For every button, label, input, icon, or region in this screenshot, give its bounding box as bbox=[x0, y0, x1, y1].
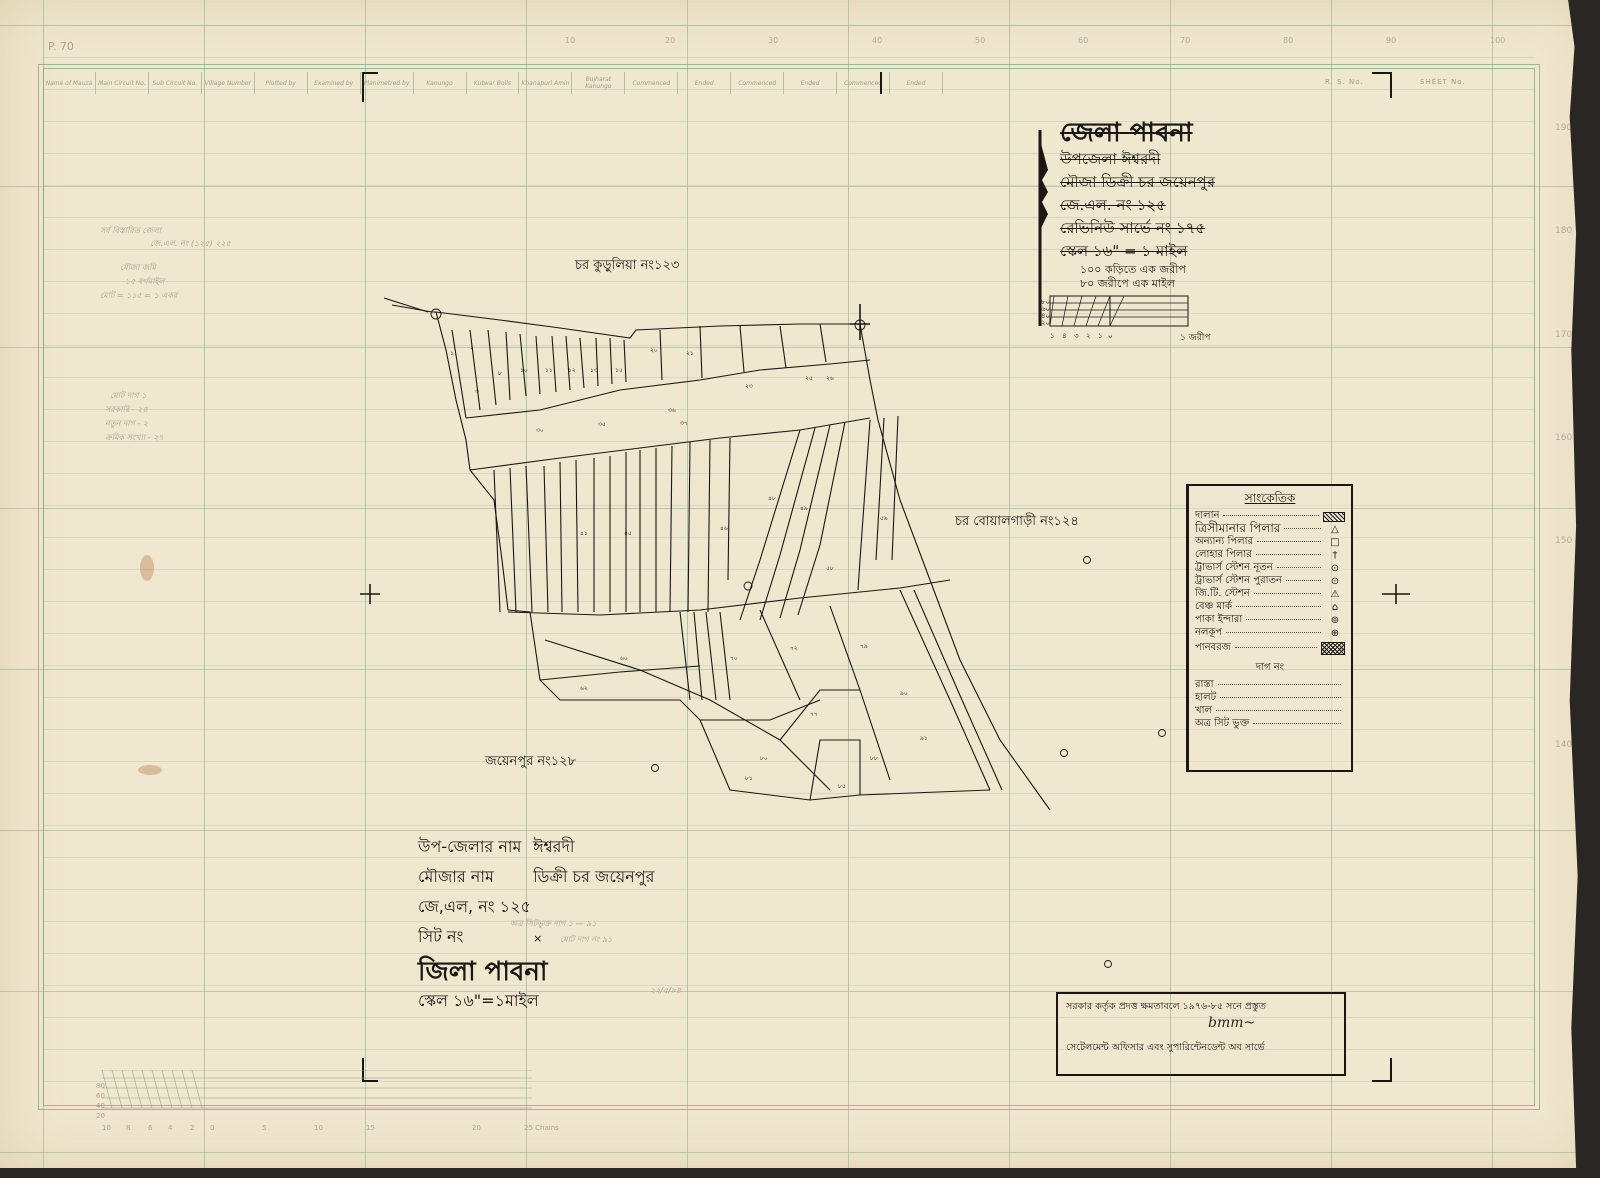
legend-item: নলকূপ ⊕ bbox=[1189, 627, 1351, 640]
svg-text:৮: ৮ bbox=[498, 370, 502, 377]
svg-text:২০: ২০ bbox=[650, 347, 658, 354]
scale-label: ২ bbox=[1086, 330, 1091, 342]
header-cell: Khanapuri Amin bbox=[519, 72, 572, 94]
bottom-scale-label: 20 bbox=[472, 1124, 481, 1132]
signature: bmm~ bbox=[1058, 1015, 1344, 1031]
svg-text:৪৫: ৪৫ bbox=[624, 530, 632, 537]
pencil-note: ১৫ বর্গমাইল bbox=[125, 276, 165, 289]
info-label: উপ-জেলার নাম bbox=[418, 832, 528, 862]
svg-text:৮১: ৮১ bbox=[745, 775, 753, 782]
scale-label: ২০ bbox=[1041, 317, 1050, 329]
ruler-tick: 180 bbox=[1555, 226, 1572, 236]
bottom-scale-label: 40 bbox=[96, 1102, 105, 1110]
header-cell: Name of Mauza bbox=[43, 72, 96, 94]
title-block: জেলা পাবনা উপজেলা ঈশ্বরদী মৌজা ডিক্রী চর… bbox=[1060, 118, 1320, 291]
header-cell: Main Circuit No. bbox=[96, 72, 149, 94]
bottom-scale-label: 6 bbox=[148, 1124, 152, 1132]
bottom-scale-label: 8 bbox=[126, 1124, 130, 1132]
header-cell: Ended bbox=[890, 72, 943, 94]
info-district: জিলা পাবনা bbox=[418, 954, 654, 990]
legend-title: সাংকেতিক bbox=[1189, 490, 1351, 510]
bottom-scale-label: 5 bbox=[262, 1124, 266, 1132]
header-cell: Kanungo bbox=[414, 72, 467, 94]
svg-text:১২: ১২ bbox=[568, 367, 576, 374]
title-district: জেলা পাবনা bbox=[1060, 118, 1320, 148]
scale-unit-label: ১ জরীপ bbox=[1180, 330, 1210, 345]
scale-label: ১ bbox=[1098, 330, 1103, 342]
svg-text:৯০: ৯০ bbox=[900, 690, 908, 697]
legend-box: সাংকেতিক দালান ত্রিসীমানার পিলার △ অন্যা… bbox=[1186, 484, 1353, 772]
info-scale: স্কেল ১৬"=১মাইল bbox=[418, 990, 654, 1012]
ruler-tick: 80 bbox=[1283, 36, 1293, 45]
ruler-tick: 50 bbox=[975, 36, 985, 45]
tri-junction-pillar-icon: △ bbox=[1325, 524, 1345, 535]
certificate-line-2: সেটেলমেন্ট অফিসার এবং সুপারিন্টেনডেন্ট অ… bbox=[1058, 1031, 1344, 1056]
pencil-note: ক্রমিক সংখ্যা - ২৭ bbox=[105, 432, 164, 445]
header-table: Name of Mauza Main Circuit No. Sub Circu… bbox=[43, 72, 943, 94]
bottom-scale-label: 60 bbox=[96, 1092, 105, 1100]
bottom-scale-label: 20 bbox=[96, 1112, 105, 1120]
svg-text:৮৮: ৮৮ bbox=[870, 755, 878, 762]
info-value: ডিক্রী চর জয়েনপুর bbox=[533, 867, 654, 886]
info-label: মৌজার নাম bbox=[418, 862, 528, 892]
bottom-scale-label: 80 bbox=[96, 1082, 105, 1090]
header-cell: Examined by bbox=[308, 72, 361, 94]
header-cell: Ended bbox=[678, 72, 731, 94]
svg-text:১৫: ১৫ bbox=[615, 367, 623, 374]
svg-text:৬২: ৬২ bbox=[580, 685, 588, 692]
svg-text:৩৬: ৩৬ bbox=[668, 407, 676, 414]
pencil-note: জে.এল. নং (১২৫) ২২৫ bbox=[150, 238, 231, 251]
scale-label: ০ bbox=[1108, 330, 1113, 342]
svg-text:৩৭: ৩৭ bbox=[680, 420, 688, 427]
pencil-note: নতুন দাগ - ২ bbox=[105, 418, 148, 431]
svg-text:৭৯: ৭৯ bbox=[860, 643, 868, 650]
building-hatch-icon bbox=[1323, 512, 1345, 522]
traverse-station-old-icon: ⊙ bbox=[1325, 576, 1345, 587]
tube-well-icon: ⊕ bbox=[1325, 628, 1345, 639]
svg-text:২: ২ bbox=[470, 345, 474, 352]
neighbor-east-label: চর বোয়ালগাড়ী নং১২৪ bbox=[955, 512, 1079, 533]
form-code: P. 70 bbox=[48, 40, 74, 53]
ruler-tick: 30 bbox=[768, 36, 778, 45]
svg-text:৪৬: ৪৬ bbox=[720, 525, 728, 532]
traverse-station-new-icon: ⊙ bbox=[1325, 563, 1345, 574]
svg-text:৫৯: ৫৯ bbox=[880, 515, 888, 522]
legend-item-label: অত্র সিট ভুক্ত bbox=[1195, 716, 1249, 733]
sheet-no-label: SHEET No. bbox=[1420, 78, 1466, 86]
ruler-tick: 190 bbox=[1555, 123, 1572, 133]
svg-text:৫৮: ৫৮ bbox=[826, 565, 834, 572]
header-cell: Commenced bbox=[625, 72, 678, 94]
certificate-line-1: সরকার কর্তৃক প্রদত্ত ক্ষমতাবলে ১৯৭৬-৮৫ স… bbox=[1058, 994, 1344, 1015]
title-upazila: উপজেলা ঈশ্বরদী bbox=[1060, 148, 1320, 171]
bottom-scale-label: 0 bbox=[210, 1124, 214, 1132]
registration-mark bbox=[362, 72, 378, 102]
svg-text:৭২: ৭২ bbox=[790, 645, 798, 652]
scan-background bbox=[0, 1168, 1600, 1178]
svg-text:২৬: ২৬ bbox=[826, 375, 834, 382]
legend-item-label: পানবরজ bbox=[1195, 640, 1231, 657]
ruler-tick: 160 bbox=[1555, 433, 1572, 443]
registration-mark bbox=[1372, 72, 1392, 98]
svg-text:২৫: ২৫ bbox=[805, 375, 813, 382]
title-note: ৮০ জরীপে এক মাইল bbox=[1060, 277, 1320, 291]
bottom-scale-label: 2 bbox=[190, 1124, 194, 1132]
svg-text:৮০: ৮০ bbox=[760, 755, 768, 762]
ruler-tick: 100 bbox=[1490, 36, 1505, 45]
svg-text:১০: ১০ bbox=[520, 367, 528, 374]
svg-text:৬০: ৬০ bbox=[620, 655, 628, 662]
svg-text:২৩: ২৩ bbox=[745, 383, 753, 390]
ruler-tick: 150 bbox=[1555, 536, 1572, 546]
svg-text:১৩: ১৩ bbox=[590, 367, 598, 374]
pucca-well-icon: ⊚ bbox=[1325, 615, 1345, 626]
info-value: ঈশ্বরদী bbox=[533, 837, 574, 856]
title-jl-no: জে.এল. নং ১২৫ bbox=[1060, 194, 1320, 217]
ruler-tick: 90 bbox=[1386, 36, 1396, 45]
legend-item: পানবরজ bbox=[1189, 640, 1351, 656]
neighbor-southwest-label: জয়েনপুর নং১২৮ bbox=[485, 752, 576, 773]
betel-garden-crosshatch-icon bbox=[1321, 642, 1345, 655]
info-sheet-no: সিট নং × bbox=[418, 922, 654, 954]
svg-text:৩৫: ৩৫ bbox=[598, 421, 606, 428]
svg-text:১১: ১১ bbox=[545, 367, 553, 374]
svg-text:৮৫: ৮৫ bbox=[838, 783, 846, 790]
svg-text:৩: ৩ bbox=[475, 388, 479, 395]
paper-stain bbox=[140, 555, 154, 581]
legend-line-item: হালট bbox=[1189, 692, 1351, 705]
header-cell: Ended bbox=[784, 72, 837, 94]
iron-pillar-icon: † bbox=[1325, 550, 1345, 561]
title-note: ১০০ কড়িতে এক জরীপ bbox=[1060, 263, 1320, 277]
registration-mark bbox=[1372, 1058, 1392, 1082]
ruler-tick: 60 bbox=[1078, 36, 1088, 45]
pencil-note: মোট দাগ ১ bbox=[110, 390, 146, 403]
ruler-tick: 20 bbox=[665, 36, 675, 45]
svg-text:৪১: ৪১ bbox=[580, 530, 588, 537]
ruler-tick: 10 bbox=[565, 36, 575, 45]
bottom-scale-label: 10 bbox=[102, 1124, 111, 1132]
scale-label: ৪ bbox=[1062, 330, 1067, 342]
svg-text:৩০: ৩০ bbox=[536, 427, 544, 434]
svg-text:৪৮: ৪৮ bbox=[768, 495, 776, 502]
ruler-tick: 40 bbox=[872, 36, 882, 45]
header-cell: Commenced bbox=[731, 72, 784, 94]
pencil-note: সরকারি - ২৪ bbox=[105, 404, 148, 417]
pencil-note: ২২/৫/৮৪ bbox=[650, 985, 681, 998]
bench-mark-icon: ⌂ bbox=[1325, 602, 1345, 613]
title-mouza: মৌজা ডিক্রী চর জয়েনপুর bbox=[1060, 171, 1320, 194]
bottom-scale-label: 15 bbox=[366, 1124, 375, 1132]
info-value: × bbox=[533, 932, 542, 945]
rs-no-label: R. S. No. bbox=[1325, 78, 1364, 86]
header-cell: Kutwar Bolls bbox=[467, 72, 520, 94]
map-sheet: P. 70 10 20 30 40 50 60 70 80 90 100 190… bbox=[0, 0, 1592, 1168]
paper-stain bbox=[138, 765, 162, 775]
registration-mark bbox=[880, 72, 884, 94]
svg-text:৭০: ৭০ bbox=[730, 655, 738, 662]
title-revenue-survey: রেভিনিউ সার্ভে নং ১৭৫ bbox=[1060, 217, 1320, 240]
legend-subheading: দাগ নং bbox=[1189, 660, 1351, 677]
certificate-box: সরকার কর্তৃক প্রদত্ত ক্ষমতাবলে ১৯৭৬-৮৫ স… bbox=[1056, 992, 1346, 1076]
ruler-tick: 170 bbox=[1555, 330, 1572, 340]
scale-label: ৩ bbox=[1074, 330, 1079, 342]
info-mouza: মৌজার নাম ডিক্রী চর জয়েনপুর bbox=[418, 862, 654, 892]
svg-text:৭৭: ৭৭ bbox=[810, 711, 818, 718]
svg-text:২১: ২১ bbox=[686, 350, 694, 357]
header-cell: Plotted by bbox=[255, 72, 308, 94]
mouza-parcel-map: ১২৩ ৮১০১১ ১২১৩১৫ ২০২১২৩ ২৫২৬ ৩০৩৫৩৬ ৩৭৪৮… bbox=[0, 0, 1600, 1178]
pencil-note: সর্ব বিস্তারিত জেলা bbox=[100, 225, 161, 238]
pencil-note: মোট = ১১৫ = ১ একর bbox=[100, 290, 177, 303]
neighbor-north-label: চর কুড়ুলিয়া নং১২৩ bbox=[575, 256, 679, 277]
info-upazila: উপ-জেলার নাম ঈশ্বরদী bbox=[418, 832, 654, 862]
mouza-info-block: উপ-জেলার নাম ঈশ্বরদী মৌজার নাম ডিক্রী চর… bbox=[418, 832, 654, 1012]
svg-text:৯১: ৯১ bbox=[920, 735, 928, 742]
bottom-scale-label: 4 bbox=[168, 1124, 172, 1132]
bottom-scale-label: 25 Chains bbox=[524, 1124, 559, 1132]
header-cell: Village Number bbox=[202, 72, 255, 94]
bottom-scale-label: 10 bbox=[314, 1124, 323, 1132]
header-cell: Sub Circuit No. bbox=[149, 72, 202, 94]
ruler-tick: 140 bbox=[1555, 740, 1572, 750]
header-cell: Bujharat Kanungo bbox=[572, 72, 625, 94]
scale-label: ১ bbox=[1050, 330, 1055, 342]
info-jl-no: জে,এল, নং ১২৫ bbox=[418, 892, 654, 922]
info-label: সিট নং bbox=[418, 922, 528, 952]
title-scale: স্কেল ১৬" = ১ মাইল bbox=[1060, 240, 1320, 263]
svg-text:৪৯: ৪৯ bbox=[800, 505, 808, 512]
gt-station-icon: ⚠ bbox=[1325, 589, 1345, 600]
pencil-note: মৌজা জমি bbox=[120, 262, 156, 275]
bottom-diagonal-scale bbox=[52, 1070, 532, 1120]
other-pillar-icon: □ bbox=[1325, 537, 1345, 548]
svg-text:১: ১ bbox=[450, 350, 454, 357]
legend-line-item: অত্র সিট ভুক্ত bbox=[1189, 718, 1351, 731]
ruler-tick: 70 bbox=[1180, 36, 1190, 45]
